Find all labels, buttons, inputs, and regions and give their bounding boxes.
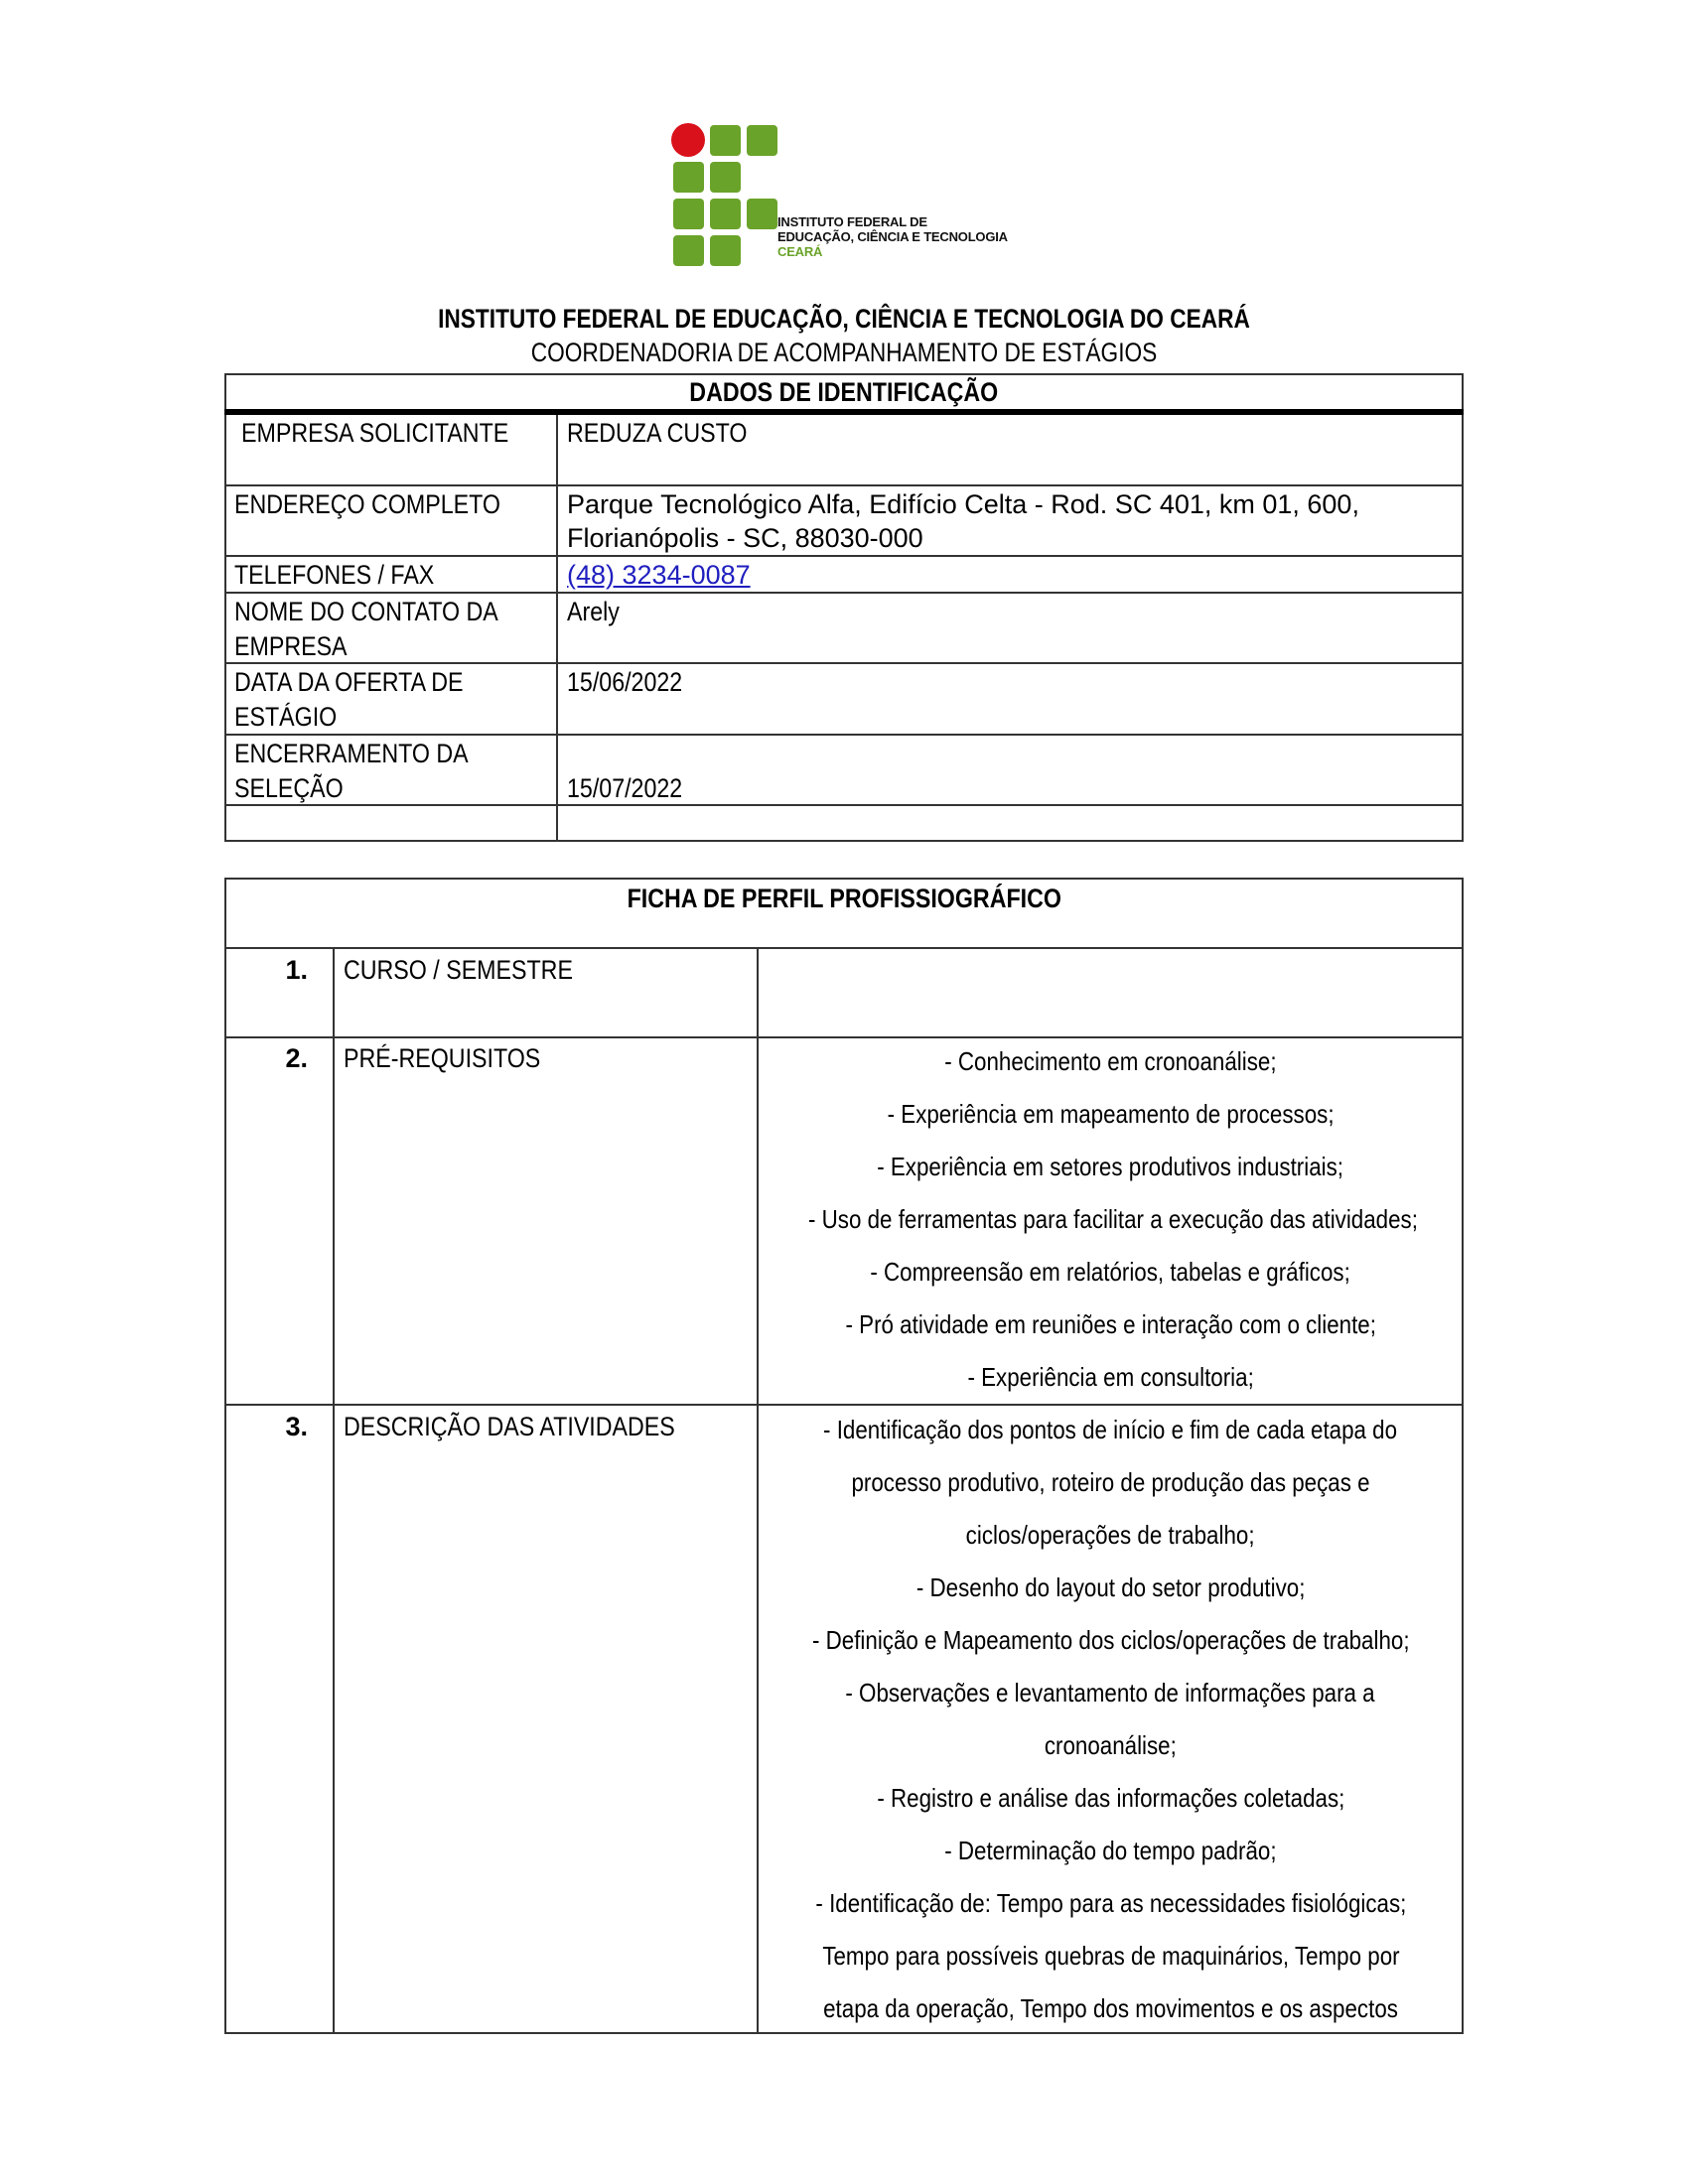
list-item: - Conhecimento em cronoanálise;	[759, 1035, 1463, 1088]
profile-title-text: FICHA DE PERFIL PROFISSIOGRÁFICO	[627, 882, 1060, 916]
phone-link[interactable]: (48) 3234-0087	[567, 558, 751, 592]
list-line-text: - Desenho do layout do setor produtivo;	[916, 1562, 1306, 1614]
label-text: ENCERRAMENTO DA	[234, 737, 469, 771]
pre-requisitos-list: - Conhecimento em cronoanálise; - Experi…	[759, 1035, 1463, 1404]
list-line-text: etapa da operação, Tempo dos movimentos …	[823, 1982, 1398, 2035]
label-text: PRÉ-REQUISITOS	[344, 1041, 540, 1076]
list-item: - Pró atividade em reuniões e interação …	[759, 1298, 1463, 1351]
list-line-text: - Determinação do tempo padrão;	[944, 1825, 1276, 1877]
list-line: - Determinação do tempo padrão;	[759, 1825, 1463, 1877]
list-line: - Identificação de: Tempo para as necess…	[759, 1877, 1463, 1930]
list-line-text: cronoanálise;	[1045, 1719, 1177, 1772]
list-line-text: - Identificação de: Tempo para as necess…	[815, 1877, 1406, 1930]
list-item-text: - Conhecimento em cronoanálise;	[944, 1035, 1276, 1088]
logo-square	[673, 235, 704, 266]
address-line-2: Florianópolis - SC, 88030-000	[567, 521, 1359, 555]
logo-line-3: CEARÁ	[777, 244, 1008, 259]
list-line-text: - Observações e levantamento de informaç…	[846, 1667, 1375, 1719]
logo-square	[747, 125, 777, 156]
address-line-1: Parque Tecnológico Alfa, Edifício Celta …	[567, 487, 1359, 521]
label-data-oferta: DATA DA OFERTA DE ESTÁGIO	[234, 665, 500, 735]
list-item-text: - Pró atividade em reuniões e interação …	[845, 1298, 1375, 1351]
list-line-text: processo produtivo, roteiro de produção …	[851, 1456, 1369, 1509]
row-divider	[224, 947, 1464, 949]
label-text: EMPRESA	[234, 629, 348, 664]
list-item: - Experiência em mapeamento de processos…	[759, 1088, 1463, 1141]
value-empresa-solicitante: REDUZA CUSTO	[567, 416, 776, 451]
item-label-curso: CURSO / SEMESTRE	[344, 953, 611, 988]
label-encerramento: ENCERRAMENTO DA SELEÇÃO	[234, 737, 506, 806]
list-item-text: - Uso de ferramentas para facilitar a ex…	[808, 1193, 1418, 1246]
value-text: 15/06/2022	[567, 665, 682, 700]
logo-square	[673, 162, 704, 193]
list-item: - Experiência em consultoria;	[759, 1351, 1463, 1404]
list-line: - Registro e análise das informações col…	[759, 1772, 1463, 1825]
list-line: - Observações e levantamento de informaç…	[759, 1667, 1463, 1719]
label-text: ENDEREÇO COMPLETO	[234, 487, 500, 522]
label-text: SELEÇÃO	[234, 771, 344, 806]
logo-square	[673, 199, 704, 229]
logo-square	[710, 199, 741, 229]
list-line: ciclos/operações de trabalho;	[759, 1509, 1463, 1562]
profile-title: FICHA DE PERFIL PROFISSIOGRÁFICO	[224, 882, 1464, 916]
column-divider	[556, 415, 558, 842]
descricao-list: - Identificação dos pontos de início e f…	[759, 1404, 1463, 2035]
column-divider	[333, 948, 335, 2033]
list-item-text: - Experiência em consultoria;	[967, 1351, 1253, 1404]
label-text: CURSO / SEMESTRE	[344, 953, 573, 988]
label-text: DESCRIÇÃO DAS ATIVIDADES	[344, 1410, 675, 1444]
list-line-text: - Identificação dos pontos de início e f…	[823, 1404, 1397, 1456]
value-text: 15/07/2022	[567, 771, 682, 806]
list-item: - Experiência em setores produtivos indu…	[759, 1141, 1463, 1193]
list-line: cronoanálise;	[759, 1719, 1463, 1772]
item-number: 2.	[224, 1041, 308, 1076]
item-number: 3.	[224, 1410, 308, 1444]
list-line: etapa da operação, Tempo dos movimentos …	[759, 1982, 1463, 2035]
item-number: 1.	[224, 953, 308, 988]
value-nome-contato: Arely	[567, 595, 629, 629]
identification-title-text: DADOS DE IDENTIFICAÇÃO	[690, 375, 999, 410]
row-divider	[224, 555, 1464, 557]
value-text: Arely	[567, 595, 620, 629]
logo-square	[710, 235, 741, 266]
institution-title: INSTITUTO FEDERAL DE EDUCAÇÃO, CIÊNCIA E…	[135, 304, 1553, 335]
list-item-text: - Compreensão em relatórios, tabelas e g…	[871, 1246, 1350, 1298]
value-endereco: Parque Tecnológico Alfa, Edifício Celta …	[567, 487, 1359, 555]
label-text: NOME DO CONTATO DA	[234, 595, 498, 629]
value-encerramento: 15/07/2022	[567, 771, 701, 806]
label-text: EMPRESA SOLICITANTE	[241, 416, 508, 451]
value-text: REDUZA CUSTO	[567, 416, 747, 451]
label-nome-contato: NOME DO CONTATO DA EMPRESA	[234, 595, 541, 664]
list-line: Tempo para possíveis quebras de maquinár…	[759, 1930, 1463, 1982]
list-line: - Identificação dos pontos de início e f…	[759, 1404, 1463, 1456]
logo-line-2: EDUCAÇÃO, CIÊNCIA E TECNOLOGIA	[777, 229, 1008, 244]
logo-square	[710, 162, 741, 193]
label-text: TELEFONES / FAX	[234, 558, 434, 593]
list-item-text: - Experiência em mapeamento de processos…	[888, 1088, 1335, 1141]
label-text: ESTÁGIO	[234, 700, 337, 735]
logo-square	[747, 199, 777, 229]
list-line: - Definição e Mapeamento dos ciclos/oper…	[759, 1614, 1463, 1667]
logo-line-1: INSTITUTO FEDERAL DE	[777, 214, 1008, 229]
list-line: processo produtivo, roteiro de produção …	[759, 1456, 1463, 1509]
list-line: - Desenho do layout do setor produtivo;	[759, 1562, 1463, 1614]
logo-text: INSTITUTO FEDERAL DE EDUCAÇÃO, CIÊNCIA E…	[777, 214, 1008, 259]
list-line-text: - Definição e Mapeamento dos ciclos/oper…	[812, 1614, 1410, 1667]
list-line-text: ciclos/operações de trabalho;	[966, 1509, 1255, 1562]
label-text: DATA DA OFERTA DE	[234, 665, 464, 700]
label-empresa-solicitante: EMPRESA SOLICITANTE	[241, 416, 552, 451]
logo-square	[710, 125, 741, 156]
list-item: - Compreensão em relatórios, tabelas e g…	[759, 1246, 1463, 1298]
item-label-pre-requisitos: PRÉ-REQUISITOS	[344, 1041, 573, 1076]
label-endereco: ENDEREÇO COMPLETO	[234, 487, 544, 522]
value-data-oferta: 15/06/2022	[567, 665, 701, 700]
label-telefones: TELEFONES / FAX	[234, 558, 467, 593]
list-line-text: Tempo para possíveis quebras de maquinár…	[822, 1930, 1399, 1982]
row-divider	[224, 484, 1464, 486]
logo-red-circle-icon	[671, 123, 705, 157]
item-label-descricao: DESCRIÇÃO DAS ATIVIDADES	[344, 1410, 729, 1444]
list-line-text: - Registro e análise das informações col…	[877, 1772, 1344, 1825]
department-title: COORDENADORIA DE ACOMPANHAMENTO DE ESTÁG…	[135, 338, 1553, 368]
identification-title: DADOS DE IDENTIFICAÇÃO	[224, 375, 1464, 410]
list-item: - Uso de ferramentas para facilitar a ex…	[759, 1193, 1463, 1246]
list-item-text: - Experiência em setores produtivos indu…	[878, 1141, 1344, 1193]
